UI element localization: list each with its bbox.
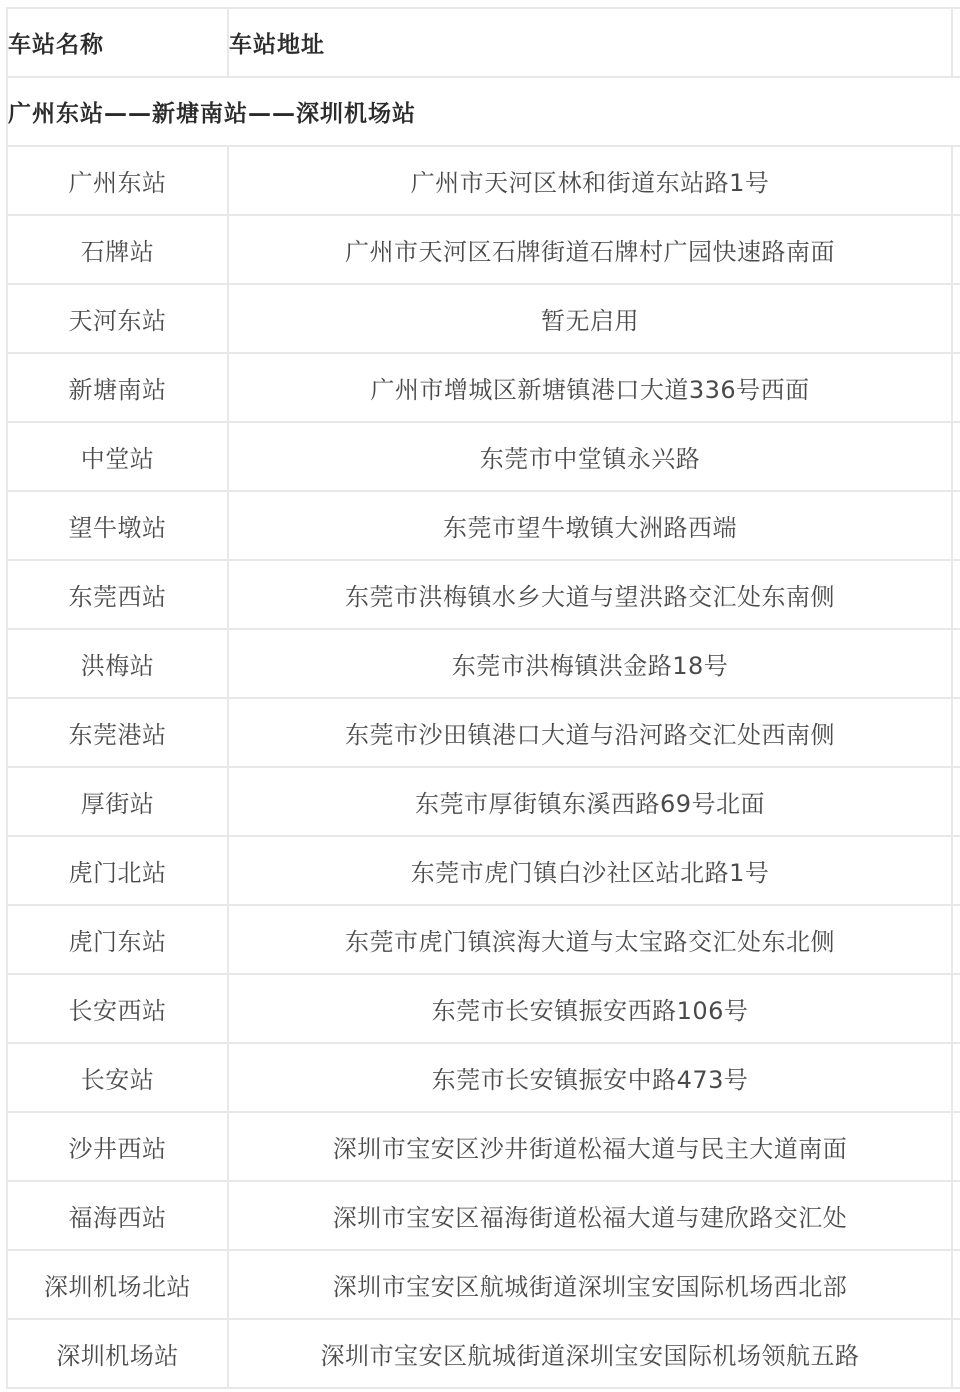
station-name-cell: 长安西站 — [7, 974, 228, 1043]
extra-cell — [952, 629, 960, 698]
table-row: 洪梅站东莞市洪梅镇洪金路18号 — [7, 629, 960, 698]
table-header-row: 车站名称 车站地址 — [7, 8, 960, 77]
station-name-cell: 新塘南站 — [7, 353, 228, 422]
station-name-cell: 沙井西站 — [7, 1112, 228, 1181]
extra-cell — [952, 836, 960, 905]
station-address-cell: 东莞市虎门镇白沙社区站北路1号 — [228, 836, 952, 905]
table-row: 新塘南站广州市增城区新塘镇港口大道336号西面 — [7, 353, 960, 422]
station-name-cell: 天河东站 — [7, 284, 228, 353]
extra-cell — [952, 284, 960, 353]
table-row: 长安西站东莞市长安镇振安西路106号 — [7, 974, 960, 1043]
extra-cell — [952, 767, 960, 836]
station-name-cell: 石牌站 — [7, 215, 228, 284]
station-address-cell: 广州市增城区新塘镇港口大道336号西面 — [228, 353, 952, 422]
extra-cell — [952, 1181, 960, 1250]
station-address-cell: 东莞市洪梅镇洪金路18号 — [228, 629, 952, 698]
column-header-station-address: 车站地址 — [228, 8, 952, 77]
station-address-cell: 深圳市宝安区沙井街道松福大道与民主大道南面 — [228, 1112, 952, 1181]
station-address-cell: 东莞市长安镇振安中路473号 — [228, 1043, 952, 1112]
station-name-cell: 长安站 — [7, 1043, 228, 1112]
station-table: 车站名称 车站地址 广州东站——新塘南站——深圳机场站 广州东站广州市天河区林和… — [6, 7, 960, 1389]
extra-cell — [952, 1043, 960, 1112]
station-address-cell: 深圳市宝安区航城街道深圳宝安国际机场西北部 — [228, 1250, 952, 1319]
station-address-cell: 暂无启用 — [228, 284, 952, 353]
station-address-cell: 东莞市虎门镇滨海大道与太宝路交汇处东北侧 — [228, 905, 952, 974]
station-address-cell: 东莞市中堂镇永兴路 — [228, 422, 952, 491]
station-name-cell: 深圳机场北站 — [7, 1250, 228, 1319]
station-name-cell: 广州东站 — [7, 146, 228, 215]
column-header-extra — [952, 8, 960, 77]
extra-cell — [952, 560, 960, 629]
table-row: 东莞港站东莞市沙田镇港口大道与沿河路交汇处西南侧 — [7, 698, 960, 767]
station-address-cell: 东莞市洪梅镇水乡大道与望洪路交汇处东南侧 — [228, 560, 952, 629]
extra-cell — [952, 1112, 960, 1181]
extra-cell — [952, 422, 960, 491]
table-row: 深圳机场站深圳市宝安区航城街道深圳宝安国际机场领航五路 — [7, 1319, 960, 1388]
section-title: 广州东站——新塘南站——深圳机场站 — [7, 77, 960, 146]
station-name-cell: 深圳机场站 — [7, 1319, 228, 1388]
station-address-cell: 深圳市宝安区航城街道深圳宝安国际机场领航五路 — [228, 1319, 952, 1388]
section-row: 广州东站——新塘南站——深圳机场站 — [7, 77, 960, 146]
station-name-cell: 虎门北站 — [7, 836, 228, 905]
extra-cell — [952, 215, 960, 284]
extra-cell — [952, 146, 960, 215]
station-name-cell: 福海西站 — [7, 1181, 228, 1250]
table-row: 福海西站深圳市宝安区福海街道松福大道与建欣路交汇处 — [7, 1181, 960, 1250]
station-name-cell: 东莞港站 — [7, 698, 228, 767]
table-row: 石牌站广州市天河区石牌街道石牌村广园快速路南面 — [7, 215, 960, 284]
station-address-cell: 广州市天河区林和街道东站路1号 — [228, 146, 952, 215]
extra-cell — [952, 1250, 960, 1319]
table-row: 厚街站东莞市厚街镇东溪西路69号北面 — [7, 767, 960, 836]
table-row: 沙井西站深圳市宝安区沙井街道松福大道与民主大道南面 — [7, 1112, 960, 1181]
station-address-cell: 广州市天河区石牌街道石牌村广园快速路南面 — [228, 215, 952, 284]
station-name-cell: 东莞西站 — [7, 560, 228, 629]
extra-cell — [952, 698, 960, 767]
station-name-cell: 虎门东站 — [7, 905, 228, 974]
station-address-cell: 深圳市宝安区福海街道松福大道与建欣路交汇处 — [228, 1181, 952, 1250]
station-address-cell: 东莞市长安镇振安西路106号 — [228, 974, 952, 1043]
station-address-cell: 东莞市望牛墩镇大洲路西端 — [228, 491, 952, 560]
extra-cell — [952, 1319, 960, 1388]
extra-cell — [952, 905, 960, 974]
table-row: 中堂站东莞市中堂镇永兴路 — [7, 422, 960, 491]
table-row: 深圳机场北站深圳市宝安区航城街道深圳宝安国际机场西北部 — [7, 1250, 960, 1319]
station-name-cell: 洪梅站 — [7, 629, 228, 698]
extra-cell — [952, 353, 960, 422]
table-row: 天河东站暂无启用 — [7, 284, 960, 353]
table-row: 东莞西站东莞市洪梅镇水乡大道与望洪路交汇处东南侧 — [7, 560, 960, 629]
table-row: 虎门东站东莞市虎门镇滨海大道与太宝路交汇处东北侧 — [7, 905, 960, 974]
table-row: 长安站东莞市长安镇振安中路473号 — [7, 1043, 960, 1112]
table-row: 望牛墩站东莞市望牛墩镇大洲路西端 — [7, 491, 960, 560]
table-row: 广州东站广州市天河区林和街道东站路1号 — [7, 146, 960, 215]
station-name-cell: 望牛墩站 — [7, 491, 228, 560]
station-name-cell: 厚街站 — [7, 767, 228, 836]
station-name-cell: 中堂站 — [7, 422, 228, 491]
station-address-cell: 东莞市厚街镇东溪西路69号北面 — [228, 767, 952, 836]
station-address-cell: 东莞市沙田镇港口大道与沿河路交汇处西南侧 — [228, 698, 952, 767]
extra-cell — [952, 974, 960, 1043]
page: 车站名称 车站地址 广州东站——新塘南站——深圳机场站 广州东站广州市天河区林和… — [0, 0, 960, 1392]
table-row: 虎门北站东莞市虎门镇白沙社区站北路1号 — [7, 836, 960, 905]
extra-cell — [952, 491, 960, 560]
column-header-station-name: 车站名称 — [7, 8, 228, 77]
